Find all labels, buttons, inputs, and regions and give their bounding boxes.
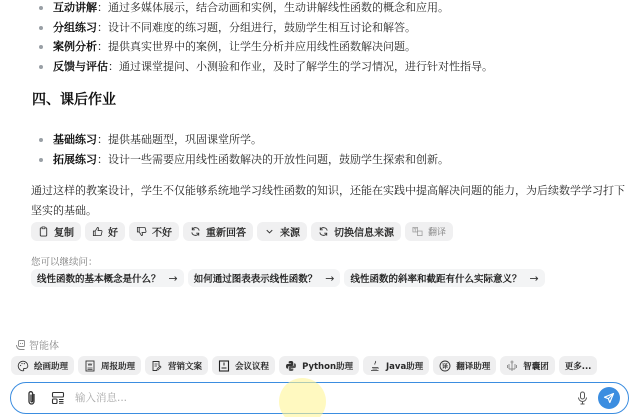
voice-input-button[interactable] xyxy=(574,390,590,406)
list-item: 拓展练习：设计一些需要应用线性函数解决的开放性问题，鼓励学生探索和创新。 xyxy=(38,150,449,170)
thumbs-up-icon xyxy=(92,226,103,237)
agent-java-assistant[interactable]: Java助理 xyxy=(363,356,429,375)
edit-doc-icon xyxy=(151,360,163,372)
list-item: 基础练习：提供基础题型，巩固课堂所学。 xyxy=(38,130,449,150)
arrow-right-icon: → xyxy=(325,272,334,285)
chevron-down-icon xyxy=(264,226,275,237)
list-item: 案例分析：提供真实世界中的案例，让学生分析并应用线性函数解决问题。 xyxy=(38,37,493,57)
list-item: 互动讲解：通过多媒体展示，结合动画和实例，生动讲解线性函数的概念和应用。 xyxy=(38,0,493,18)
agent-painting-assistant[interactable]: 绘画助理 xyxy=(11,356,74,375)
like-button[interactable]: 好 xyxy=(85,222,125,241)
report-icon xyxy=(84,360,96,372)
palette-icon xyxy=(17,360,29,372)
followup-question[interactable]: 如何通过图表表示线性函数？ → xyxy=(188,269,341,287)
agent-marketing-copy[interactable]: 营销文案 xyxy=(145,356,208,375)
agent-meeting-agenda[interactable]: 会议议程 xyxy=(212,356,275,375)
homework-list: 基础练习：提供基础题型，巩固课堂所学。 拓展练习：设计一些需要应用线性函数解决的… xyxy=(38,130,449,169)
translate-circle-icon: 译 xyxy=(439,360,451,372)
switch-source-button[interactable]: 切换信息来源 xyxy=(311,222,401,241)
team-icon xyxy=(506,360,518,372)
followup-question[interactable]: 线性函数的斜率和截距有什么实际意义？ → xyxy=(344,269,544,287)
agent-more-button[interactable]: 更多... xyxy=(559,356,598,375)
translate-button[interactable]: 翻译 xyxy=(405,222,453,241)
svg-text:译: 译 xyxy=(442,362,448,370)
followup-question[interactable]: 线性函数的基本概念是什么？ → xyxy=(31,269,184,287)
list-item: 反馈与评估：通过课堂提问、小测验和作业，及时了解学生的学习情况，进行针对性指导。 xyxy=(38,57,493,77)
refresh-icon xyxy=(318,226,329,237)
section-title-homework: 四、课后作业 xyxy=(32,89,116,109)
sources-toggle[interactable]: 来源 xyxy=(257,222,307,241)
followup-suggestions: 线性函数的基本概念是什么？ → 如何通过图表表示线性函数？ → 线性函数的斜率和… xyxy=(31,269,545,287)
arrow-right-icon: → xyxy=(169,272,178,285)
summary-paragraph: 通过这样的教案设计，学生不仅能够系统地学习线性函数的知识，还能在实践中提高解决问… xyxy=(31,181,631,221)
refresh-icon xyxy=(190,226,201,237)
attach-button[interactable] xyxy=(23,389,41,407)
java-icon xyxy=(369,360,381,372)
list-item: 分组练习：设计不同难度的练习题，分组进行，鼓励学生相互讨论和解答。 xyxy=(38,18,493,38)
agent-python-assistant[interactable]: Python助理 xyxy=(279,356,359,375)
clipboard-icon xyxy=(218,360,230,372)
agent-think-tank[interactable]: 智囊团 xyxy=(500,356,555,375)
send-button[interactable] xyxy=(598,387,620,409)
teaching-methods-list: 互动讲解：通过多媒体展示，结合动画和实例，生动讲解线性函数的概念和应用。 分组练… xyxy=(38,0,493,76)
arrow-right-icon: → xyxy=(529,272,538,285)
copy-button[interactable]: 复制 xyxy=(31,222,81,241)
regenerate-button[interactable]: 重新回答 xyxy=(183,222,253,241)
layout-list-icon xyxy=(51,391,65,405)
followup-label: 您可以继续问： xyxy=(31,254,98,268)
dislike-button[interactable]: 不好 xyxy=(129,222,179,241)
agent-weekly-report[interactable]: 周报助理 xyxy=(78,356,141,375)
python-icon xyxy=(285,360,297,372)
thumbs-down-icon xyxy=(136,226,147,237)
send-icon xyxy=(603,392,615,404)
agent-translation-assistant[interactable]: 译 翻译助理 xyxy=(433,356,496,375)
robot-icon xyxy=(15,339,27,351)
response-actions: 复制 好 不好 重新回答 来源 切换信息来源 翻译 xyxy=(31,222,453,241)
microphone-icon xyxy=(577,391,588,405)
translate-icon xyxy=(412,226,423,237)
message-input[interactable] xyxy=(75,392,574,404)
message-composer xyxy=(10,382,629,414)
agents-label: 智能体 xyxy=(15,337,59,352)
copy-icon xyxy=(38,226,49,237)
agent-shortcuts: 绘画助理 周报助理 营销文案 会议议程 Python助理 Java助理 译 翻译… xyxy=(11,356,597,375)
paperclip-icon xyxy=(25,390,39,406)
prompt-template-button[interactable] xyxy=(49,389,67,407)
